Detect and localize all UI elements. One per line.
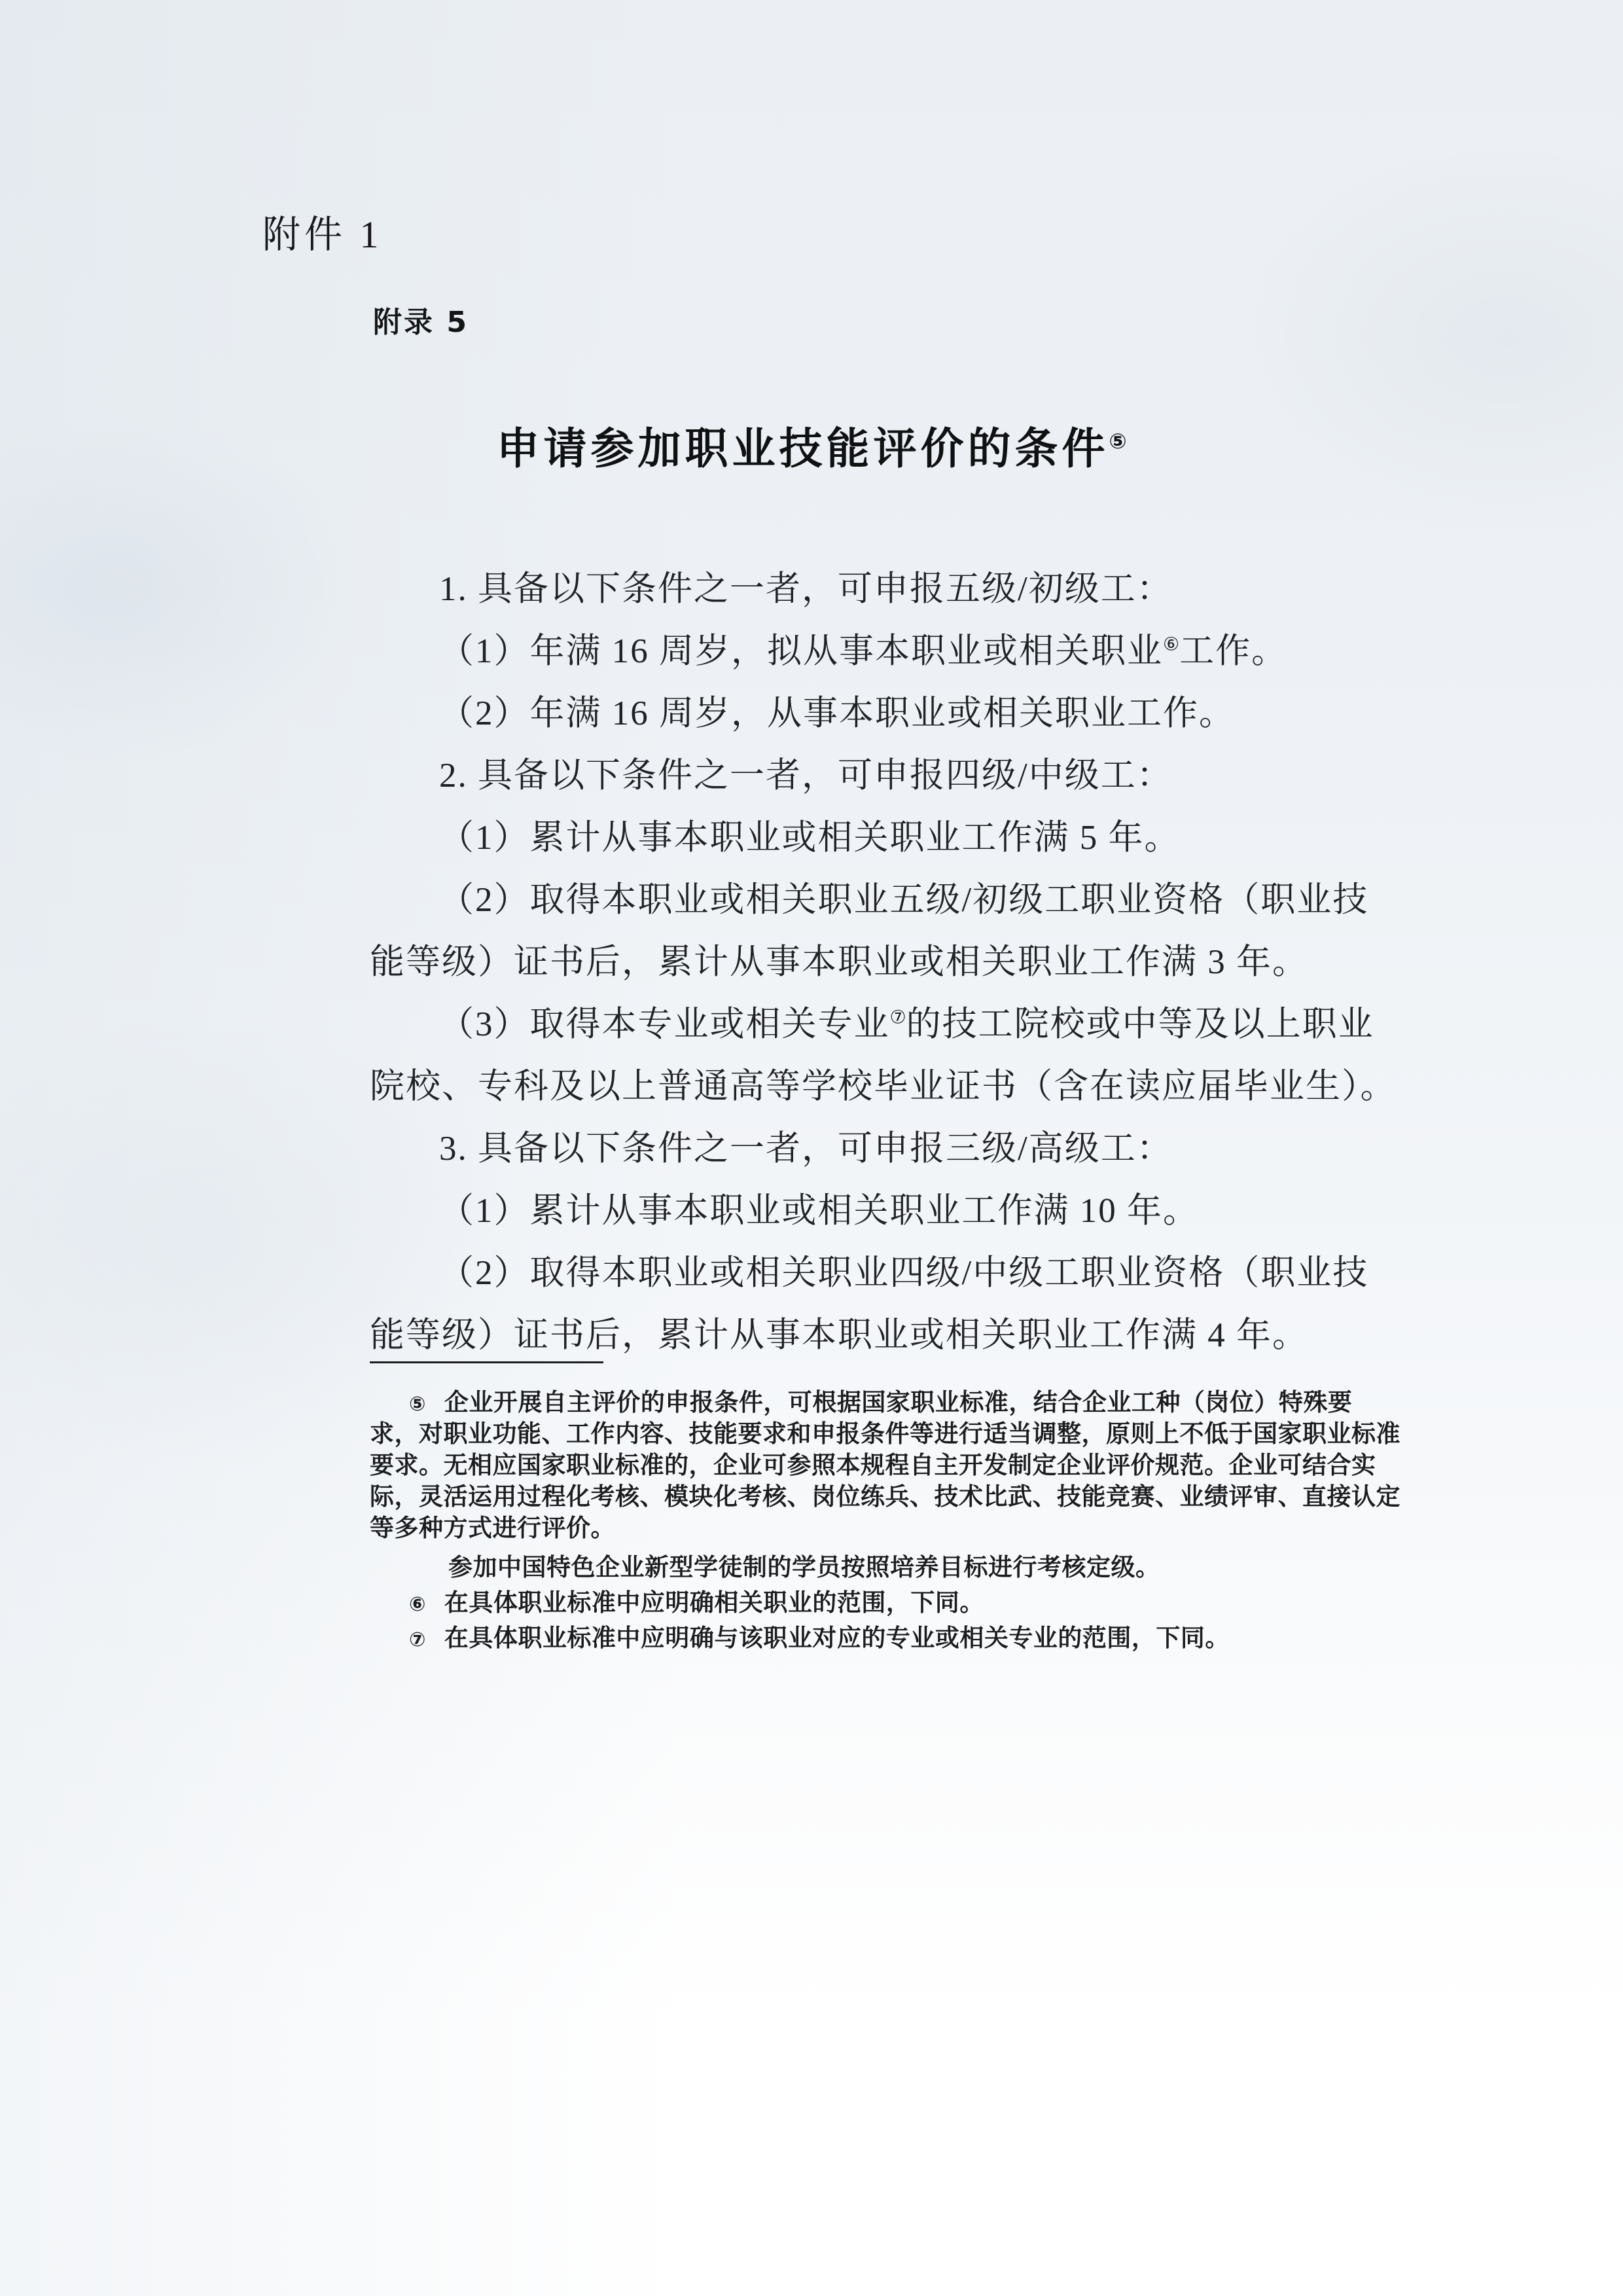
body-line: （2）取得本职业或相关职业五级/初级工职业资格（职业技 [370,869,1327,931]
footnote-separator-line [370,1361,603,1363]
title-footnote-ref: ⑤ [1109,429,1126,454]
footnote-line: 等多种方式进行评价。 [370,1513,1332,1544]
footnote-line: 际，灵活运用过程化考核、模块化考核、岗位练兵、技术比武、技能竞赛、业绩评审、直接… [370,1481,1332,1513]
document-title: 申请参加职业技能评价的条件⑤ [0,424,1623,474]
body-line: 能等级）证书后，累计从事本职业或相关职业工作满 4 年。 [370,1304,1327,1367]
body-line: 能等级）证书后，累计从事本职业或相关职业工作满 3 年。 [370,931,1327,994]
body-line: 1. 具备以下条件之一者，可申报五级/初级工： [370,558,1327,620]
footnote-line: ⑥在具体职业标准中应明确相关职业的范围，下同。 [370,1587,1332,1619]
body-line: （3）取得本专业或相关专业⑦的技工院校或中等及以上职业 [370,994,1327,1056]
footnote-marker: ⑥ [409,1593,426,1616]
body-line: （2）年满 16 周岁，从事本职业或相关职业工作。 [370,683,1327,745]
footnote-marker: ⑤ [409,1393,426,1416]
annex-label: 附件 1 [262,213,383,257]
body-line: 3. 具备以下条件之一者，可申报三级/高级工： [370,1118,1327,1180]
footnote-line: ⑦在具体职业标准中应明确与该职业对应的专业或相关专业的范围，下同。 [370,1623,1332,1654]
footnote-marker: ⑦ [409,1628,426,1651]
appendix-label: 附录 5 [373,306,469,339]
body-line: 2. 具备以下条件之一者，可申报四级/中级工： [370,745,1327,807]
footnote-line: 要求。无相应国家职业标准的，企业可参照本规程自主开发制定企业评价规范。企业可结合… [370,1450,1332,1481]
scanned-document-page: 附件 1 附录 5 申请参加职业技能评价的条件⑤ 1. 具备以下条件之一者，可申… [0,0,1623,2296]
body-text-block: 1. 具备以下条件之一者，可申报五级/初级工：（1）年满 16 周岁，拟从事本职… [370,558,1327,1367]
document-title-text: 申请参加职业技能评价的条件 [496,423,1109,474]
footnote-line: ⑤企业开展自主评价的申报条件，可根据国家职业标准，结合企业工种（岗位）特殊要 [370,1387,1332,1418]
body-line: （2）取得本职业或相关职业四级/中级工职业资格（职业技 [370,1242,1327,1304]
footnotes-block: ⑤企业开展自主评价的申报条件，可根据国家职业标准，结合企业工种（岗位）特殊要求，… [370,1387,1332,1654]
body-line: （1）年满 16 周岁，拟从事本职业或相关职业⑥工作。 [370,620,1327,683]
footnote-line: 求，对职业功能、工作内容、技能要求和申报条件等进行适当调整，原则上不低于国家职业… [370,1418,1332,1450]
footnote-line: 参加中国特色企业新型学徒制的学员按照培养目标进行考核定级。 [370,1552,1332,1583]
body-line: （1）累计从事本职业或相关职业工作满 5 年。 [370,807,1327,869]
body-line: 院校、专科及以上普通高等学校毕业证书（含在读应届毕业生）。 [370,1056,1327,1118]
body-line: （1）累计从事本职业或相关职业工作满 10 年。 [370,1180,1327,1242]
